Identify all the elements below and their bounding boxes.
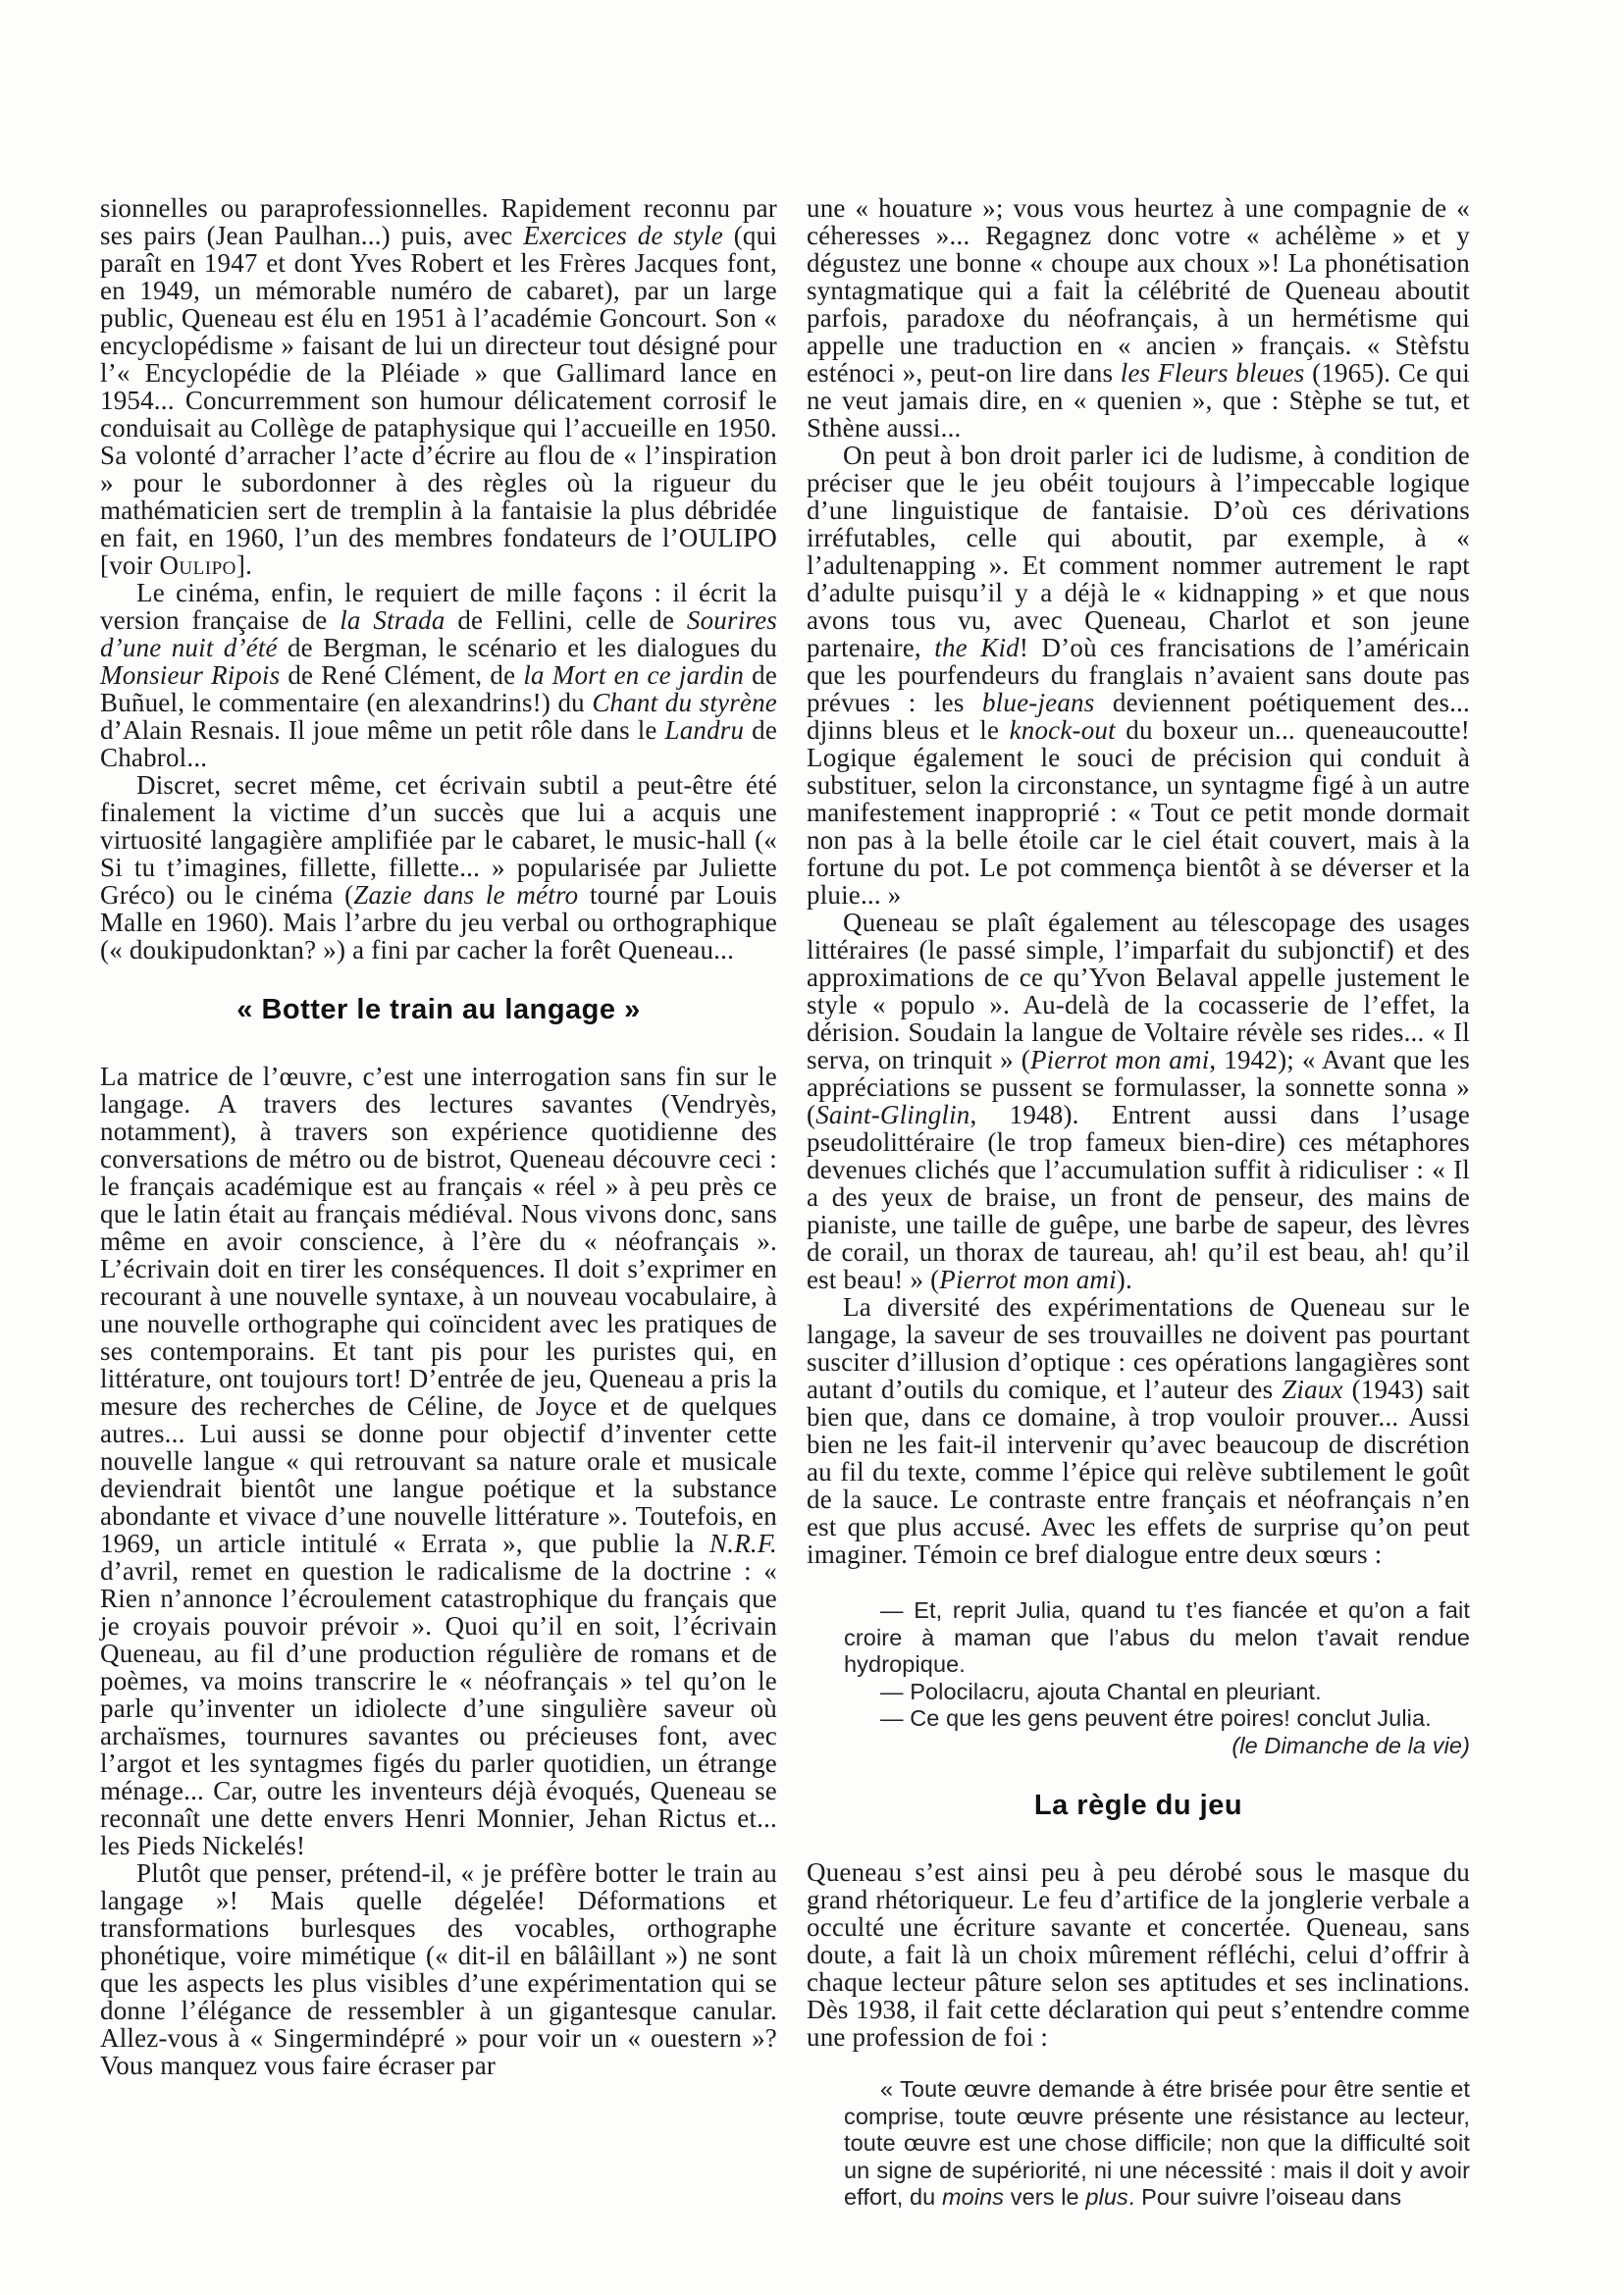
dialogue-line: — Ce que les gens peuvent étre poires! c… bbox=[844, 1705, 1470, 1733]
paragraph-houature: une « houature »; vous vous heurtez à un… bbox=[807, 194, 1470, 442]
paragraph-oulipo: sionnelles ou paraprofessionnelles. Rapi… bbox=[100, 194, 777, 579]
paragraph-matrice: La matrice de l’œuvre, c’est une interro… bbox=[100, 1063, 777, 1859]
paragraph-plutot: Plutôt que penser, prétend-il, « je préf… bbox=[100, 1859, 777, 2079]
paragraph-discret: Discret, secret même, cet écrivain subti… bbox=[100, 771, 777, 964]
paragraph-masque: Queneau s’est ainsi peu à peu dérobé sou… bbox=[807, 1858, 1470, 2051]
right-column: une « houature »; vous vous heurtez à un… bbox=[807, 194, 1470, 2212]
scanned-document-page: sionnelles ou paraprofessionnelles. Rapi… bbox=[0, 0, 1624, 2295]
section-heading-botter: « Botter le train au langage » bbox=[100, 994, 777, 1025]
paragraph-diversite: La diversité des expérimentations de Que… bbox=[807, 1293, 1470, 1568]
dialogue-line: — Et, reprit Julia, quand tu t’es fiancé… bbox=[844, 1597, 1470, 1679]
quote-attribution: (le Dimanche de la vie) bbox=[844, 1733, 1470, 1760]
dialogue-line: — Polocilacru, ajouta Chantal en pleuria… bbox=[844, 1679, 1470, 1706]
profession-de-foi-quote: « Toute œuvre demande à étre brisée pour… bbox=[844, 2076, 1470, 2212]
section-heading-regle: La règle du jeu bbox=[807, 1790, 1470, 1821]
paragraph-ludisme: On peut à bon droit parler ici de ludism… bbox=[807, 442, 1470, 909]
left-column: sionnelles ou paraprofessionnelles. Rapi… bbox=[100, 194, 777, 2079]
paragraph-cinema: Le cinéma, enfin, le requiert de mille f… bbox=[100, 579, 777, 771]
dialogue-quote: — Et, reprit Julia, quand tu t’es fiancé… bbox=[844, 1597, 1470, 1759]
paragraph-telescopage: Queneau se plaît également au télescopag… bbox=[807, 909, 1470, 1293]
quote-text: « Toute œuvre demande à étre brisée pour… bbox=[844, 2076, 1470, 2212]
